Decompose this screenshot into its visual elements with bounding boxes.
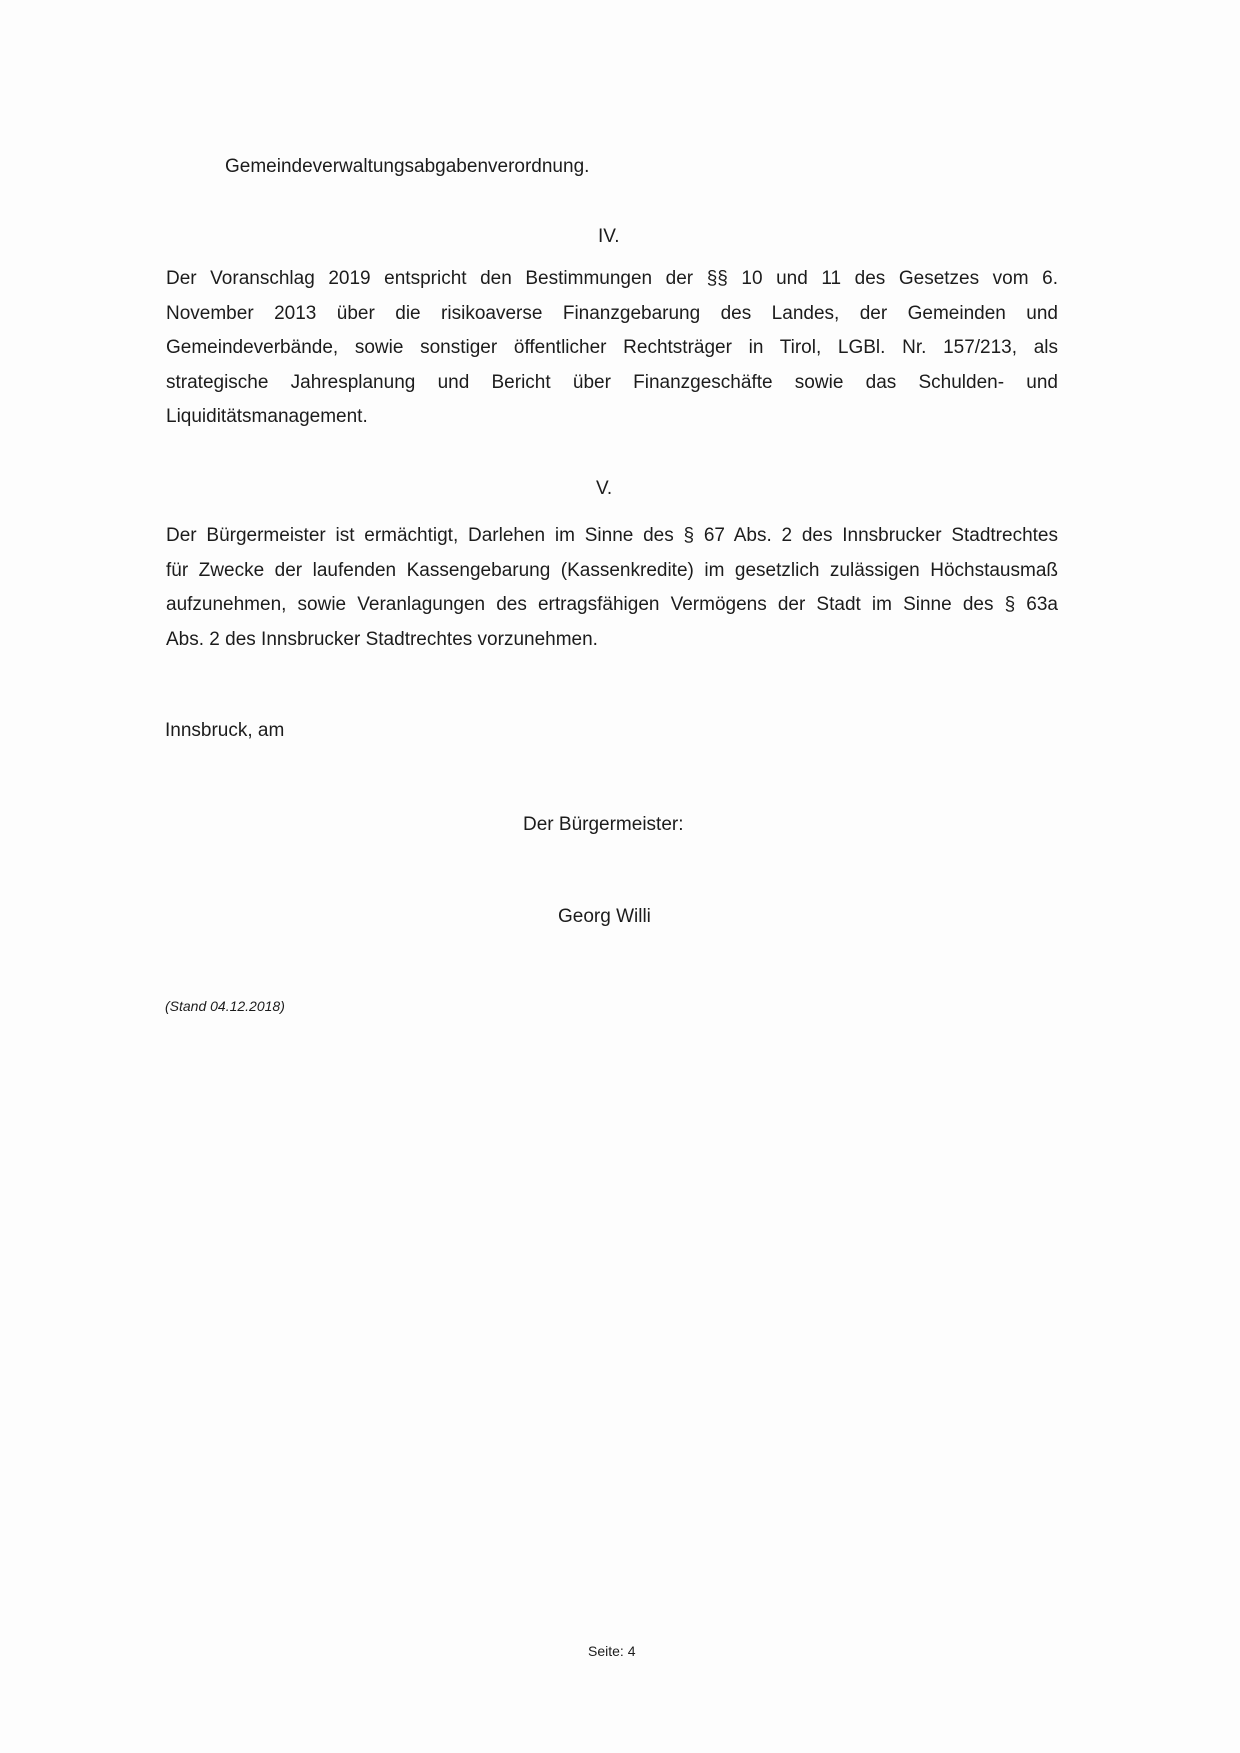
paragraph-line: aufzunehmen, sowie Veranlagungen des ert… bbox=[166, 588, 1058, 623]
status-note: (Stand 04.12.2018) bbox=[165, 997, 285, 1015]
paragraph-line: für Zwecke der laufenden Kassengebarung … bbox=[166, 554, 1058, 589]
paragraph-line: November 2013 über die risikoaverse Fina… bbox=[166, 297, 1058, 332]
signature-title: Der Bürgermeister: bbox=[523, 814, 684, 836]
section-iv-paragraph: Der Voranschlag 2019 entspricht den Best… bbox=[166, 262, 1058, 435]
paragraph-line: Liquiditätsmanagement. bbox=[166, 400, 1058, 435]
paragraph-line: Der Voranschlag 2019 entspricht den Best… bbox=[166, 262, 1058, 297]
section-heading-iv: IV. bbox=[598, 226, 620, 248]
paragraph-line: Abs. 2 des Innsbrucker Stadtrechtes vorz… bbox=[166, 623, 1058, 658]
paragraph-line: Der Bürgermeister ist ermächtigt, Darleh… bbox=[166, 519, 1058, 554]
paragraph-line: strategische Jahresplanung und Bericht ü… bbox=[166, 366, 1058, 401]
page-number: Seite: 4 bbox=[588, 1642, 635, 1660]
intro-line: Gemeindeverwaltungsabgabenverordnung. bbox=[225, 156, 589, 178]
document-page: Gemeindeverwaltungsabgabenverordnung. IV… bbox=[0, 0, 1240, 1753]
signature-name: Georg Willi bbox=[558, 906, 651, 928]
place-date: Innsbruck, am bbox=[165, 720, 284, 742]
section-v-paragraph: Der Bürgermeister ist ermächtigt, Darleh… bbox=[166, 519, 1058, 657]
paragraph-line: Gemeindeverbände, sowie sonstiger öffent… bbox=[166, 331, 1058, 366]
section-heading-v: V. bbox=[596, 478, 612, 500]
